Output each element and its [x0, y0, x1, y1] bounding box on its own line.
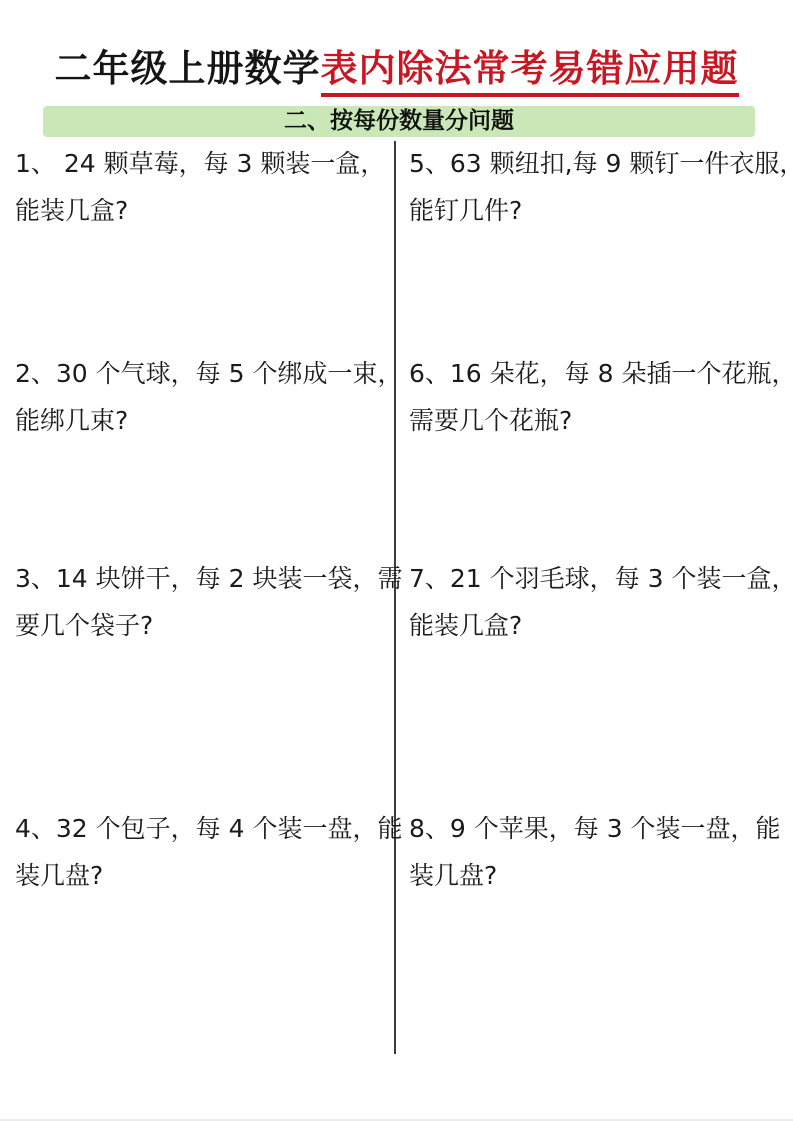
problem-3-line-2: 要几个袋子?	[15, 602, 390, 649]
right-column: 5、63 颗纽扣,每 9 颗钉一件衣服， 能钉几件? 6、16 朵花，每 8 朵…	[396, 140, 793, 1055]
problem-6-line-2: 需要几个花瓶?	[409, 397, 789, 444]
problem-7: 7、21 个羽毛球，每 3 个装一盒， 能装几盒?	[396, 555, 793, 805]
problem-3-line-1: 3、14 块饼干，每 2 块装一袋，需	[15, 555, 390, 602]
problem-5: 5、63 颗纽扣,每 9 颗钉一件衣服， 能钉几件?	[396, 140, 793, 350]
left-column: 1、 24 颗草莓，每 3 颗装一盒， 能装几盒? 2、30 个气球，每 5 个…	[0, 140, 394, 1055]
problem-1-line-1: 1、 24 颗草莓，每 3 颗装一盒，	[15, 140, 390, 187]
problem-2-line-1: 2、30 个气球，每 5 个绑成一束，	[15, 350, 390, 397]
page-title: 二年级上册数学表内除法常考易错应用题	[0, 38, 793, 92]
problem-7-line-2: 能装几盒?	[409, 602, 789, 649]
problem-8: 8、9 个苹果，每 3 个装一盘，能 装几盘?	[396, 805, 793, 1055]
problem-2-line-2: 能绑几束?	[15, 397, 390, 444]
problem-8-line-1: 8、9 个苹果，每 3 个装一盘，能	[409, 805, 789, 852]
problem-4-line-2: 装几盘?	[15, 852, 390, 899]
title-course-part: 二年级上册数学	[55, 47, 321, 90]
problem-1: 1、 24 颗草莓，每 3 颗装一盒， 能装几盒?	[0, 140, 394, 350]
problem-8-line-2: 装几盘?	[409, 852, 789, 899]
problem-6-line-1: 6、16 朵花，每 8 朵插一个花瓶，	[409, 350, 789, 397]
worksheet-page: 二年级上册数学表内除法常考易错应用题 二、按每份数量分问题 1、 24 颗草莓，…	[0, 0, 793, 1121]
problem-7-line-1: 7、21 个羽毛球，每 3 个装一盒，	[409, 555, 789, 602]
title-topic-part: 表内除法常考易错应用题	[321, 47, 739, 97]
problem-4-line-1: 4、32 个包子，每 4 个装一盘，能	[15, 805, 390, 852]
problem-2: 2、30 个气球，每 5 个绑成一束， 能绑几束?	[0, 350, 394, 555]
problem-5-line-2: 能钉几件?	[409, 187, 789, 234]
problem-3: 3、14 块饼干，每 2 块装一袋，需 要几个袋子?	[0, 555, 394, 805]
problem-6: 6、16 朵花，每 8 朵插一个花瓶， 需要几个花瓶?	[396, 350, 793, 555]
section-heading-banner: 二、按每份数量分问题	[43, 106, 755, 137]
problem-5-line-1: 5、63 颗纽扣,每 9 颗钉一件衣服，	[409, 140, 789, 187]
problems-area: 1、 24 颗草莓，每 3 颗装一盒， 能装几盒? 2、30 个气球，每 5 个…	[0, 140, 793, 1055]
problem-1-line-2: 能装几盒?	[15, 187, 390, 234]
section-heading: 二、按每份数量分问题	[284, 108, 514, 134]
problem-4: 4、32 个包子，每 4 个装一盘，能 装几盘?	[0, 805, 394, 1055]
